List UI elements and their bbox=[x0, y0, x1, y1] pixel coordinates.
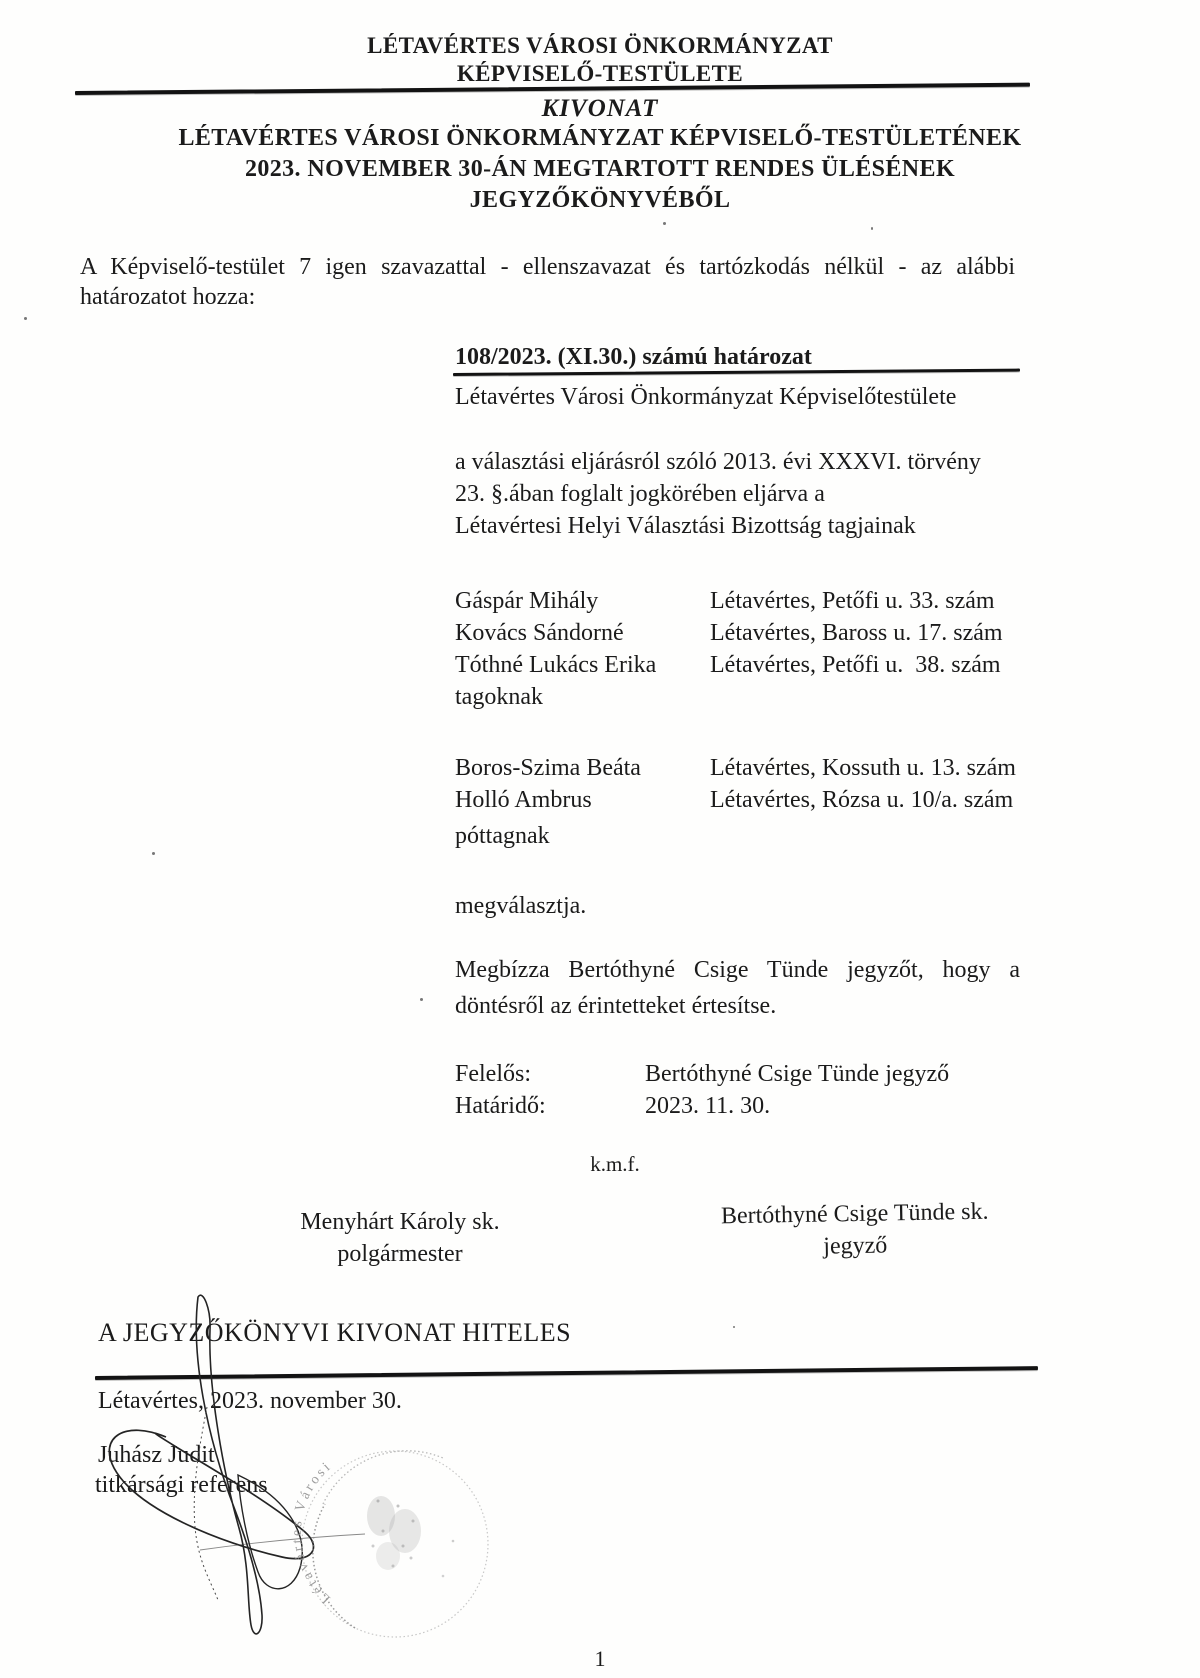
signature-block-mayor: Menyhárt Károly sk. polgármester bbox=[255, 1206, 545, 1270]
legal-basis-line1: a választási eljárásról szóló 2013. évi … bbox=[455, 446, 1020, 478]
member-row: Boros-Szima Beáta Létavértes, Kossuth u.… bbox=[455, 752, 1020, 784]
scan-speck bbox=[663, 222, 666, 225]
intro-line2: határozatot hozza: bbox=[80, 282, 1015, 312]
scan-speck bbox=[152, 852, 155, 855]
signer-title: jegyző bbox=[690, 1227, 1021, 1265]
member-name: Tóthné Lukács Erika bbox=[455, 649, 710, 681]
intro-paragraph: A Képviselő-testület 7 igen szavazattal … bbox=[80, 252, 1015, 312]
scan-speck bbox=[24, 317, 27, 320]
stamp-crest bbox=[367, 1496, 454, 1577]
org-name-line1: LÉTAVÉRTES VÁROSI ÖNKORMÁNYZAT bbox=[0, 32, 1200, 60]
signer-name: Bertóthyné Csige Tünde sk. bbox=[689, 1195, 1020, 1233]
responsible-label: Felelős: bbox=[455, 1058, 645, 1090]
substitutes-role-label: póttagnak bbox=[455, 820, 1020, 852]
session-title-line2: 2023. NOVEMBER 30-ÁN MEGTARTOTT RENDES Ü… bbox=[0, 154, 1200, 184]
legal-basis: a választási eljárásról szóló 2013. évi … bbox=[455, 446, 1020, 542]
mandate-line1: Megbízza Bertóthyné Csige Tünde jegyzőt,… bbox=[455, 952, 1020, 988]
member-name: Gáspár Mihály bbox=[455, 585, 710, 617]
member-address: Létavértes, Rózsa u. 10/a. szám bbox=[710, 784, 1013, 816]
signer-name: Menyhárt Károly sk. bbox=[255, 1206, 545, 1238]
legal-basis-line2: 23. §.ában foglalt jogkörében eljárva a bbox=[455, 478, 1020, 510]
scan-speck bbox=[420, 998, 423, 1001]
scanned-document-page: LÉTAVÉRTES VÁROSI ÖNKORMÁNYZAT KÉPVISELŐ… bbox=[0, 0, 1200, 1678]
closing-verb: megválasztja. bbox=[455, 890, 1020, 922]
kmf-abbreviation: k.m.f. bbox=[565, 1150, 665, 1178]
responsible-value: Bertóthyné Csige Tünde jegyző bbox=[645, 1058, 949, 1090]
legal-basis-line3: Létavértesi Helyi Választási Bizottság t… bbox=[455, 510, 1020, 542]
mandate-paragraph: Megbízza Bertóthyné Csige Tünde jegyzőt,… bbox=[455, 952, 1020, 1024]
session-title-line1: LÉTAVÉRTES VÁROSI ÖNKORMÁNYZAT KÉPVISELŐ… bbox=[0, 123, 1200, 153]
member-row: Tóthné Lukács Erika Létavértes, Petőfi u… bbox=[455, 649, 1020, 681]
member-row: Kovács Sándorné Létavértes, Baross u. 17… bbox=[455, 617, 1020, 649]
member-name: Kovács Sándorné bbox=[455, 617, 710, 649]
resolution-block: 108/2023. (XI.30.) számú határozat Létav… bbox=[455, 344, 1020, 1122]
round-stamp: Létavértes Városi bbox=[293, 1446, 498, 1646]
responsible-row: Felelős: Bertóthyné Csige Tünde jegyző bbox=[455, 1058, 1020, 1090]
deadline-value: 2023. 11. 30. bbox=[645, 1090, 770, 1122]
resolution-number-title: 108/2023. (XI.30.) számú határozat bbox=[455, 344, 1020, 370]
member-address: Létavértes, Petőfi u. 38. szám bbox=[710, 649, 1001, 681]
member-row: Gáspár Mihály Létavértes, Petőfi u. 33. … bbox=[455, 585, 1020, 617]
deadline-row: Határidő: 2023. 11. 30. bbox=[455, 1090, 1020, 1122]
members-role-label: tagoknak bbox=[455, 681, 1020, 713]
extract-label: KIVONAT bbox=[0, 95, 1200, 123]
member-name: Boros-Szima Beáta bbox=[455, 752, 710, 784]
page-number: 1 bbox=[0, 1645, 1200, 1673]
committee-members-list: Gáspár Mihály Létavértes, Petőfi u. 33. … bbox=[455, 585, 1020, 713]
svg-text:Létavértes Városi: Létavértes Városi bbox=[293, 1458, 335, 1606]
scan-speck bbox=[871, 227, 873, 230]
signer-title: polgármester bbox=[255, 1238, 545, 1270]
member-address: Létavértes, Kossuth u. 13. szám bbox=[710, 752, 1016, 784]
signature-block-notary: Bertóthyné Csige Tünde sk. jegyző bbox=[689, 1195, 1020, 1265]
substitute-members-list: Boros-Szima Beáta Létavértes, Kossuth u.… bbox=[455, 752, 1020, 852]
mandate-line2: döntésről az érintetteket értesítse. bbox=[455, 988, 1020, 1024]
stamp-arc-text: Létavértes Városi bbox=[293, 1458, 335, 1606]
scan-speck bbox=[733, 1326, 735, 1328]
member-name: Holló Ambrus bbox=[455, 784, 710, 816]
intro-line1: A Képviselő-testület 7 igen szavazattal … bbox=[80, 252, 1015, 282]
session-title-line3: JEGYZŐKÖNYVÉBŐL bbox=[0, 185, 1200, 215]
resolution-subject: Létavértes Városi Önkormányzat Képviselő… bbox=[455, 383, 1020, 411]
deadline-label: Határidő: bbox=[455, 1090, 645, 1122]
member-address: Létavértes, Baross u. 17. szám bbox=[710, 617, 1003, 649]
member-address: Létavértes, Petőfi u. 33. szám bbox=[710, 585, 995, 617]
member-row: Holló Ambrus Létavértes, Rózsa u. 10/a. … bbox=[455, 784, 1020, 816]
